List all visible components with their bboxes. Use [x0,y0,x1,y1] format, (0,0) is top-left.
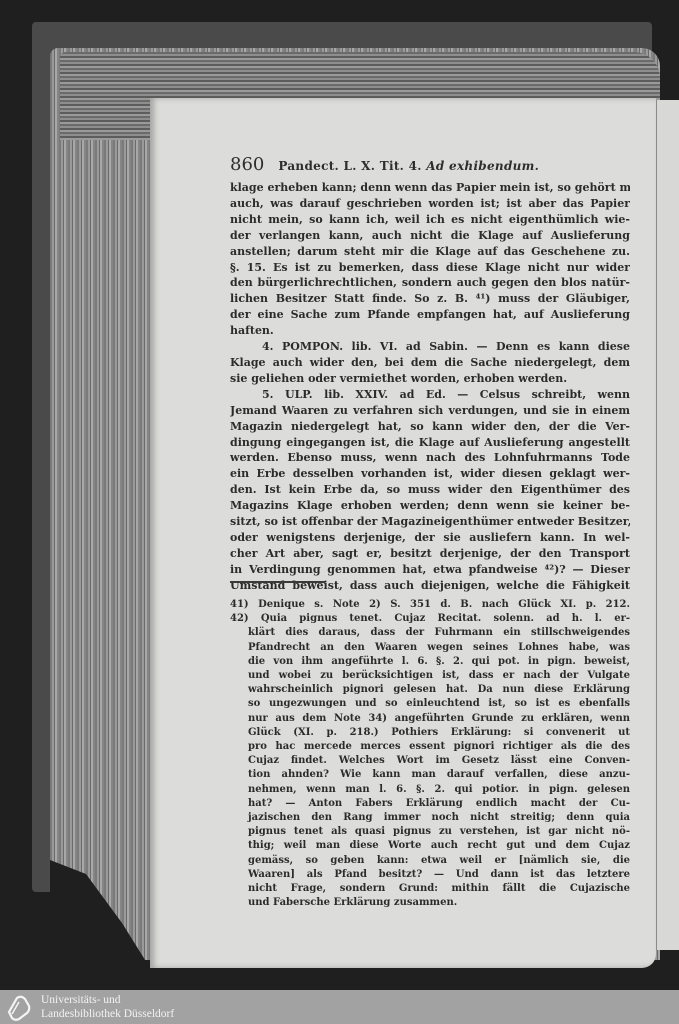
body-line: der verlangen kann, auch nicht die Klage… [230,228,630,244]
footer-line-2: Landesbibliothek Düsseldorf [41,1007,174,1021]
library-footer: Universitäts- und Landesbibliothek Düsse… [0,990,679,1024]
footnote-divider [230,581,325,583]
footer-text: Universitäts- und Landesbibliothek Düsse… [41,993,174,1021]
footnote-line: Waaren] als Pfand besitzt? — Und dann is… [230,868,630,882]
page-number: 860 [230,154,264,175]
footnote-line: 41) Denique s. Note 2) S. 351 d. B. nach… [230,598,630,612]
body-line: oder wenigstens derjenige, der sie ausli… [230,530,630,546]
footnote-line: nur aus dem Note 34) angeführten Grunde … [230,712,630,726]
body-line: §. 15. Es ist zu bemerken, dass diese Kl… [230,260,630,276]
body-line: der eine Sache zum Pfande empfangen hat,… [230,307,630,323]
footnote-line: so ungezwungen und so einleuchtend ist, … [230,697,630,711]
body-line: werden. Ebenso muss, wenn nach des Lohnf… [230,450,630,466]
body-line: nicht mein, so kann ich, weil ich es nic… [230,212,630,228]
body-text: klage erheben kann; denn wenn das Papier… [230,180,630,594]
footer-line-1: Universitäts- und [41,993,174,1007]
running-head-italic: Ad exhibendum. [426,159,539,173]
footnote-line: 42) Quia pignus tenet. Cujaz Recitat. so… [230,612,630,626]
body-line: 4. POMPON. lib. VI. ad Sabin. — Denn es … [230,339,630,355]
footnote-line: Pfandrecht an den Waaren wegen seines Lo… [230,641,630,655]
body-line: Klage auch wider den, bei dem die Sache … [230,355,630,371]
footnote-line: wahrscheinlich pignori gelesen hat. Da n… [230,683,630,697]
footnote-line: pignus tenet als quasi pignus zu versteh… [230,825,630,839]
footnote-line: nicht Frage, sondern Grund: mithin fällt… [230,882,630,896]
footnote-line: jazischen den Rang immer noch nicht stre… [230,811,630,825]
body-line: lichen Besitzer Statt finde. So z. B. ⁴¹… [230,291,630,307]
footnote-line: die von ihm angeführte l. 6. §. 2. qui p… [230,655,630,669]
footnotes: 41) Denique s. Note 2) S. 351 d. B. nach… [230,598,630,910]
body-line: Jemand Waaren zu verfahren sich verdunge… [230,403,630,419]
footnote-line: tion ahnden? Wie kann man darauf verfall… [230,768,630,782]
body-line: den. Ist kein Erbe da, so muss wider den… [230,482,630,498]
body-line: in Verdingung genommen hat, etwa pfandwe… [230,562,630,578]
footnote-line: thig; weil man diese Worte auch recht gu… [230,839,630,853]
body-line: dingung eingegangen ist, die Klage auf A… [230,435,630,451]
footnote-line: gemäss, so geben kann: etwa weil er [näm… [230,854,630,868]
footnote-line: und Fabersche Erklärung zusammen. [230,896,630,910]
body-line: sie geliehen oder vermiethet worden, erh… [230,371,630,387]
body-line: auch, was darauf geschrieben worden ist;… [230,196,630,212]
footnote-line: nehmen, wenn man l. 6. §. 2. qui potior.… [230,783,630,797]
body-line: anstellen; darum steht mir die Klage auf… [230,244,630,260]
body-line: ein Erbe desselben vorhanden ist, wider … [230,466,630,482]
body-line: 5. ULP. lib. XXIV. ad Ed. — Celsus schre… [230,387,630,403]
footnote-line: klärt dies daraus, dass der Fuhrmann ein… [230,626,630,640]
body-line: den bürgerlichrechtlichen, sondern auch … [230,275,630,291]
footnote-line: hat? — Anton Fabers Erklärung endlich ma… [230,797,630,811]
body-line: Magazin niedergelegt hat, so kann wider … [230,419,630,435]
body-line: haften. [230,323,630,339]
facing-page-edge [656,100,679,950]
body-line: sitzt, so ist offenbar der Magazineigent… [230,514,630,530]
body-line: Magazins Klage erhoben werden; denn wenn… [230,498,630,514]
body-line: klage erheben kann; denn wenn das Papier… [230,180,630,196]
footnote-line: pro hac mercede merces essent pignori ri… [230,740,630,754]
page-header: 860 Pandect. L. X. Tit. 4. Ad exhibendum… [230,154,630,174]
footnote-line: und wobei zu berücksichtigen ist, dass e… [230,669,630,683]
footnote-line: Cujaz findet. Welches Wort im Gesetz läs… [230,754,630,768]
footnote-line: Glück (XI. p. 218.) Pothiers Erklärung: … [230,726,630,740]
running-head: Pandect. L. X. Tit. 4. Ad exhibendum. [278,159,539,173]
body-line: cher Art aber, sagt er, besitzt derjenig… [230,546,630,562]
library-book-logo-icon [3,992,33,1022]
running-head-title: Pandect. L. X. Tit. 4. [278,159,421,173]
book-page: 860 Pandect. L. X. Tit. 4. Ad exhibendum… [150,98,656,968]
